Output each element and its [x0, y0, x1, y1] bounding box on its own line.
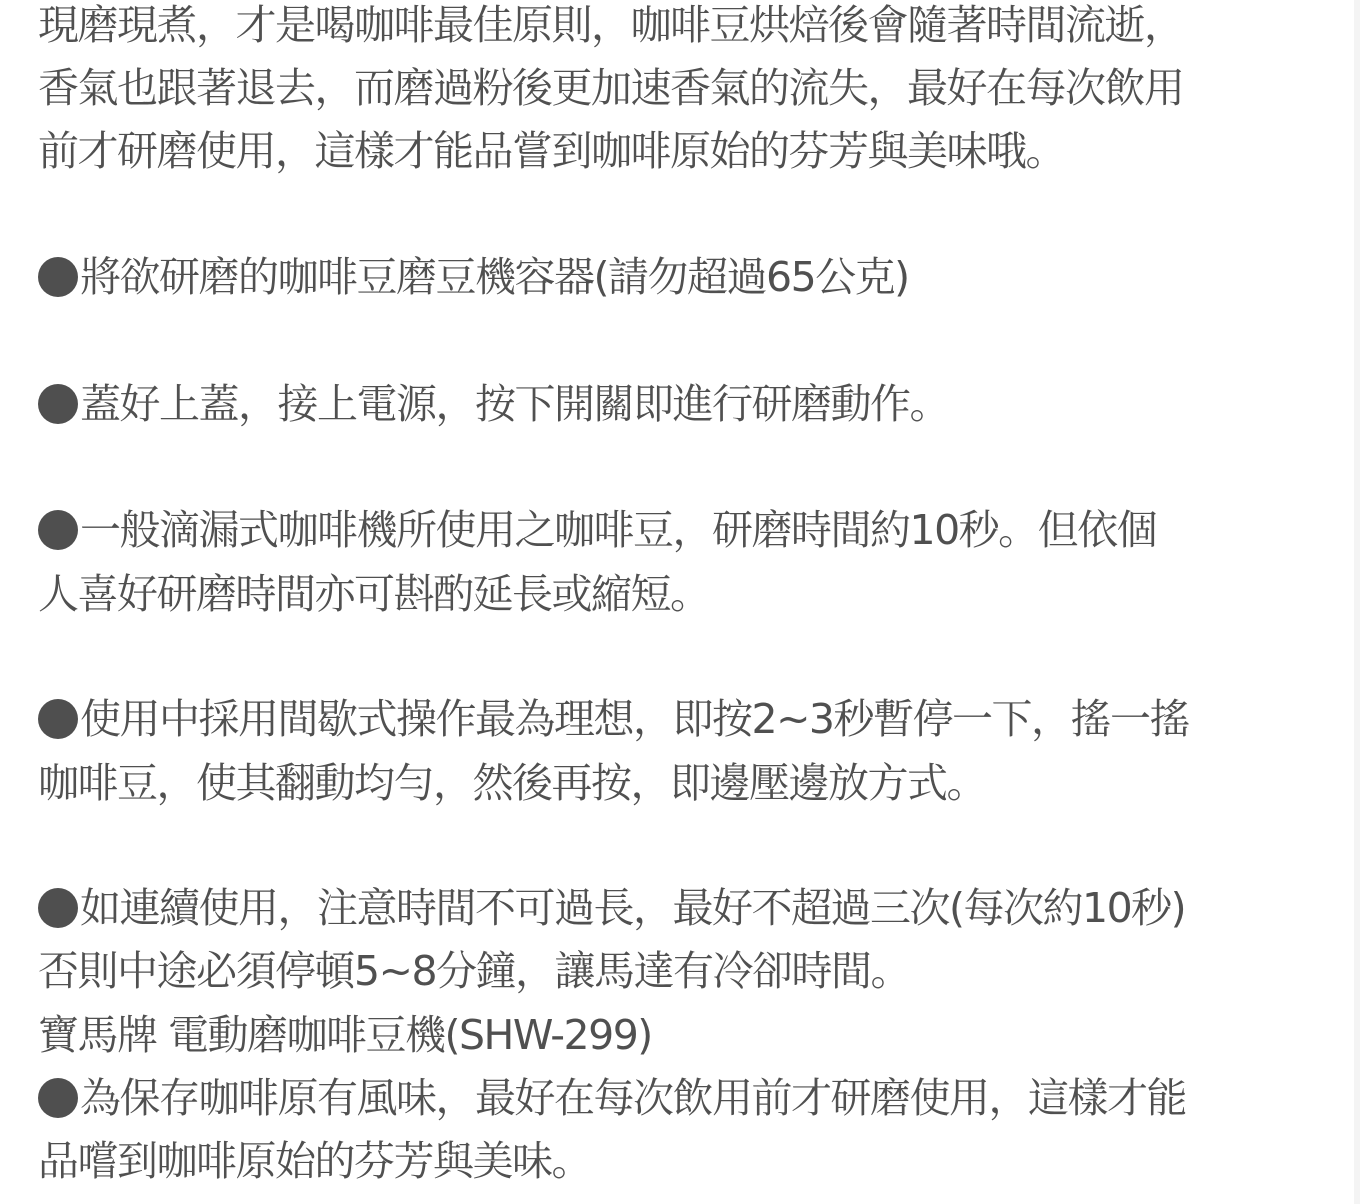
page-edge	[1354, 0, 1360, 1204]
intro-line-3: 前才研磨使用，這樣才能品嘗到咖啡原始的芬芳與美味哦。	[38, 120, 1065, 182]
intro-line-1: 現磨現煮，才是喝咖啡最佳原則，咖啡豆烘焙後會隨著時間流逝，	[38, 0, 1184, 56]
product-name: 寶馬牌 電動磨咖啡豆機(SHW-299)	[38, 1004, 652, 1066]
step-2: 蓋好上蓋，接上電源，按下開關即進行研磨動作。	[38, 373, 949, 435]
step-5: 如連續使用，注意時間不可過長，最好不超過三次(每次約10秒)	[38, 877, 1185, 939]
step-1: 將欲研磨的咖啡豆磨豆機容器(請勿超過65公克)	[38, 246, 909, 308]
closing-text-line-2: 品嚐到咖啡原始的芬芳與美味。	[38, 1130, 591, 1192]
step-3-text-line-1: 一般滴漏式咖啡機所使用之咖啡豆，研磨時間約10秒。但依個	[80, 506, 1156, 554]
bullet-icon	[38, 699, 78, 739]
step-4-text-line-1: 使用中採用間歇式操作最為理想，即按2~3秒暫停一下，搖一搖	[80, 695, 1189, 743]
bullet-icon	[38, 257, 78, 297]
step-2-text: 蓋好上蓋，接上電源，按下開關即進行研磨動作。	[80, 380, 949, 428]
closing-note: 為保存咖啡原有風味，最好在每次飲用前才研磨使用，這樣才能	[38, 1067, 1186, 1129]
step-1-text: 將欲研磨的咖啡豆磨豆機容器(請勿超過65公克)	[80, 253, 909, 301]
step-5-text-line-1: 如連續使用，注意時間不可過長，最好不超過三次(每次約10秒)	[80, 884, 1185, 932]
closing-text-line-1: 為保存咖啡原有風味，最好在每次飲用前才研磨使用，這樣才能	[80, 1074, 1186, 1122]
bullet-icon	[38, 1078, 78, 1118]
step-5-text-line-2: 否則中途必須停頓5~8分鐘，讓馬達有冷卻時間。	[38, 940, 910, 1002]
bullet-icon	[38, 384, 78, 424]
step-3-text-line-2: 人喜好研磨時間亦可斟酌延長或縮短。	[38, 563, 710, 625]
bullet-icon	[38, 510, 78, 550]
bullet-icon	[38, 888, 78, 928]
step-4: 使用中採用間歇式操作最為理想，即按2~3秒暫停一下，搖一搖	[38, 688, 1189, 750]
intro-line-2: 香氣也跟著退去，而磨過粉後更加速香氣的流失，最好在每次飲用	[38, 57, 1184, 119]
step-3: 一般滴漏式咖啡機所使用之咖啡豆，研磨時間約10秒。但依個	[38, 499, 1156, 561]
step-4-text-line-2: 咖啡豆，使其翻動均勻，然後再按，即邊壓邊放方式。	[38, 752, 986, 814]
